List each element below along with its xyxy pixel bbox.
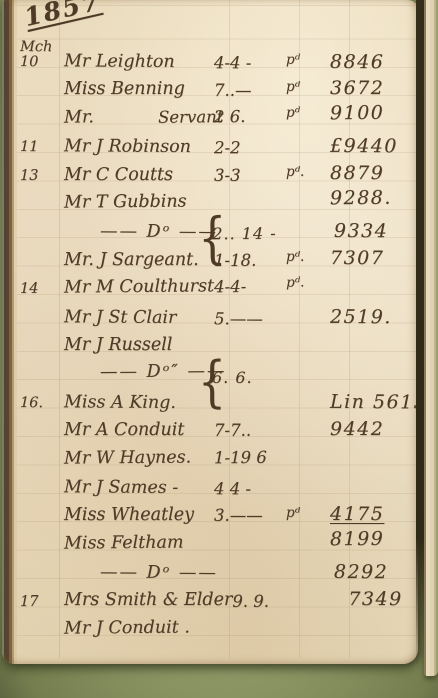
paid-mark (286, 323, 330, 328)
paid-mark (286, 152, 330, 157)
paid-mark: pᵈ (286, 105, 330, 125)
ledger-row: Mr. J Sargeant.1-18.pᵈ.7307 (17, 244, 410, 272)
entry-number (330, 635, 410, 636)
ledger-row: —— Dᵒ ——8292 (17, 556, 410, 587)
entry-amount: 2.. 14 - (214, 210, 286, 211)
ledger-row: Mr J Sames -4 4 - (17, 471, 410, 502)
ledger-page: 1857 Mch 10Mr Leighton4-4 -pᵈ8846Miss Be… (2, 0, 418, 664)
ledger-row: Miss Benning7..—pᵈ3672 (17, 73, 410, 101)
entry-number: 3672 (330, 79, 410, 99)
entry-number: £9440 (330, 138, 410, 158)
entry-number: 8292 (334, 563, 414, 583)
entry-number: 4175 (330, 505, 410, 525)
paid-mark (286, 408, 330, 413)
page-gap (416, 0, 424, 672)
paid-mark (304, 605, 348, 610)
ledger-row: Miss Feltham8199 (17, 524, 410, 556)
ledger-row: Mch 10Mr Leighton4-4 -pᵈ8846 (17, 40, 410, 76)
paid-mark: pᵈ. (286, 250, 330, 269)
entry-date: 13 (17, 169, 64, 184)
entry-number (343, 379, 423, 380)
entry-amount: 4-4- (214, 278, 286, 296)
entry-name: Miss Feltham (64, 533, 214, 553)
entry-name: Miss Benning (64, 80, 214, 98)
ledger-row: —— Dᵒ″ —— (17, 354, 410, 386)
entry-name: Mr C Coutts (64, 166, 214, 184)
paid-mark: pᵈ (286, 506, 330, 525)
entry-amount (214, 636, 286, 637)
entry-number: 9100 (330, 104, 410, 125)
entry-date: Mch 10 (17, 40, 64, 71)
ledger-row: Mr J St Clair5.——2519. (17, 301, 410, 332)
entry-name: Mr T Gubbins (64, 192, 214, 212)
entry-amount: 5.—— (214, 310, 286, 328)
paid-mark: pᵈ (286, 80, 330, 99)
entry-amount: 1-18. (214, 252, 286, 269)
entry-name: Mr M Coulthurst (64, 277, 214, 297)
entry-date: 17 (17, 595, 64, 610)
paid-mark (298, 375, 342, 380)
ledger-row: Mr.Servant2 6.pᵈ9100 (17, 98, 410, 130)
entry-amount (227, 380, 299, 381)
ledger-row: 16.Miss A King.Lin 5613 (17, 386, 410, 417)
entry-name: —— Dᵒ″ —— (64, 363, 227, 383)
entry-name: Mr J St Clair (64, 308, 214, 327)
entry-amount: 2 6. (214, 108, 286, 126)
entry-name: Mr Leighton (64, 52, 214, 71)
entry-name: Mrs Smith & Elder (64, 591, 232, 609)
ledger-row: 11Mr J Robinson2-2£9440 (17, 130, 410, 161)
entry-date: 11 (17, 140, 64, 156)
entry-name: —— Dᵒ —— (64, 223, 218, 242)
paid-mark: pᵈ. (286, 165, 330, 184)
entry-name: Mr.Servant (64, 107, 214, 127)
entry-name: Mr J Robinson (64, 138, 214, 157)
entry-number: Lin 5613 (330, 393, 410, 413)
entry-date: 16. (17, 396, 64, 412)
entry-amount: 3-3 (214, 167, 286, 184)
entry-number: 9334 (334, 223, 414, 243)
next-page-edge (424, 0, 438, 676)
entry-amount: 4-4 - (214, 54, 286, 72)
entry-amount: 3.—— (214, 507, 286, 524)
year-heading: 1857 (21, 0, 103, 32)
entry-number (330, 464, 410, 465)
entry-amount: 4 4 - (214, 480, 286, 498)
ledger-row: 17Mrs Smith & Elder9. 9.7349 (17, 584, 410, 612)
entry-number: 9442 (330, 420, 410, 440)
paid-mark: pᵈ (286, 53, 330, 72)
entry-number: 2519. (330, 308, 410, 328)
entry-name: Mr A Conduit (64, 421, 214, 439)
entry-number: 8879 (330, 164, 410, 184)
scan-background: 1857 Mch 10Mr Leighton4-4 -pᵈ8846Miss Be… (0, 0, 438, 698)
ledger-row: Mr J Conduit . (17, 609, 410, 641)
entry-number: 9288. (330, 189, 410, 210)
paid-mark (286, 631, 330, 636)
entry-amount (214, 551, 286, 552)
entry-name: Mr. J Sargeant. (64, 251, 214, 269)
ledger-row: Mr A Conduit7-7..9442 (17, 414, 410, 442)
entry-number: 8846 (330, 52, 410, 72)
ledger-row: —— Dᵒ ——9334 (17, 215, 410, 246)
paid-mark (290, 237, 334, 242)
ledger-row: 13Mr C Coutts3-3pᵈ.8879 (17, 159, 410, 187)
entry-name: Mr W Haynes. (64, 448, 214, 468)
paid-mark (286, 460, 330, 465)
binding-edge (2, 0, 17, 664)
entry-amount: 7..— (214, 82, 286, 99)
entry-name-text: Mr. (64, 107, 94, 127)
entry-number: 8199 (330, 530, 410, 551)
entry-amount: 1-19 6 (214, 448, 286, 466)
paid-mark (286, 493, 330, 498)
entry-name: Mr J Russell (64, 336, 214, 354)
entry-amount: 7-7.. (214, 422, 286, 439)
ledger-row: Miss Wheatley3.——pᵈ4175 (17, 499, 410, 527)
entry-number: 7307 (330, 249, 410, 269)
entry-name: Mr J Sames - (64, 478, 214, 497)
ledger-rows: Mch 10Mr Leighton4-4 -pᵈ8846Miss Benning… (17, 40, 410, 641)
paid-mark (286, 545, 330, 550)
entry-name: Miss Wheatley (64, 506, 214, 524)
entry-number (330, 294, 410, 295)
paid-mark (286, 435, 330, 440)
entry-name: Miss A King. (64, 393, 214, 412)
entry-amount: 9. 9. (232, 593, 304, 610)
entry-name: Mr J Conduit . (64, 618, 214, 638)
paid-mark (286, 205, 330, 210)
ledger-row: Mr T Gubbins2.. 14 -9288. (17, 184, 410, 216)
paid-mark: pᵈ. (286, 276, 330, 296)
ledger-row: 14Mr M Coulthurst4-4-pᵈ. (17, 269, 410, 301)
paid-mark (290, 578, 334, 583)
ledger-row: Mr W Haynes.1-19 6 (17, 439, 410, 471)
entry-date: 14 (17, 282, 64, 298)
entry-name: —— Dᵒ —— (64, 563, 218, 582)
entry-amount: 2-2 (214, 140, 286, 158)
